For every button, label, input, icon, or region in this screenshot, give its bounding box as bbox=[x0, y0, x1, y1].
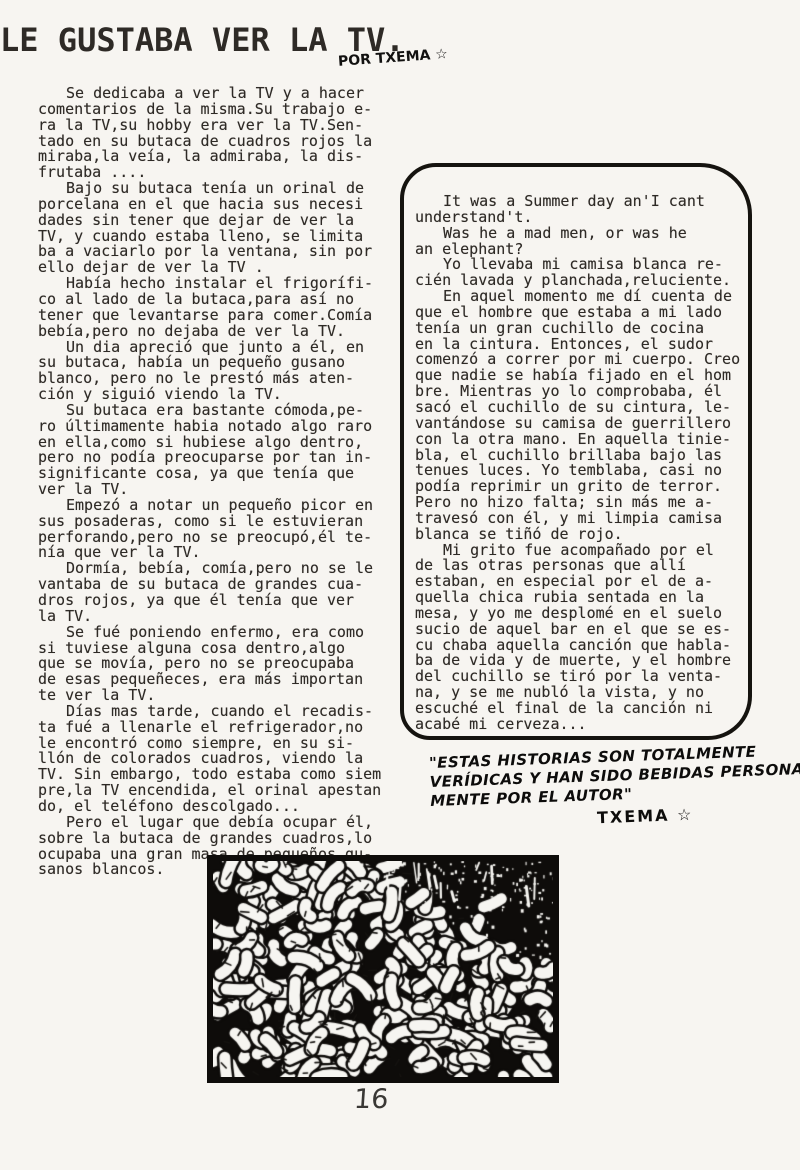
paragraph: Se fué poniendo enfermo, era comosi tuvi… bbox=[38, 625, 400, 704]
paragraph: Mi grito fue acompañado por elde las otr… bbox=[415, 543, 742, 733]
paragraph: Yo llevaba mi camisa blanca re-cién lava… bbox=[415, 257, 742, 289]
paragraph: Había hecho instalar el frigorífi-co al … bbox=[38, 276, 400, 339]
paragraph: En aquel momento me dí cuenta deque el h… bbox=[415, 289, 742, 543]
inset-story-box: It was a Summer day an'I cantunderstand'… bbox=[400, 163, 752, 740]
paragraph: Dormía, bebía, comía,pero no se levantab… bbox=[38, 561, 400, 624]
paragraph: Was he a mad men, or was hean elephant? bbox=[415, 226, 742, 258]
paragraph: Empezó a notar un pequeño picor ensus po… bbox=[38, 498, 400, 561]
zine-page: LE GUSTABA VER LA TV. POR TXEMA ☆ Se ded… bbox=[0, 0, 800, 1170]
text-line: acabé mi cerveza... bbox=[415, 717, 742, 733]
author-signature: TXEMA ☆ bbox=[597, 802, 777, 827]
handwritten-note: "ESTAS HISTORIAS SON TOTALMENTE VERÍDICA… bbox=[429, 742, 777, 833]
paragraph: Días mas tarde, cuando el recadis-ta fué… bbox=[38, 704, 400, 815]
inset-story-text: It was a Summer day an'I cantunderstand'… bbox=[404, 167, 748, 733]
paragraph: Bajo su butaca tenía un orinal deporcela… bbox=[38, 181, 400, 276]
page-number: 16 bbox=[353, 1084, 390, 1115]
worm-art-canvas bbox=[213, 861, 553, 1077]
paragraph: It was a Summer day an'I cantunderstand'… bbox=[415, 194, 742, 226]
story-column: Se dedicaba a ver la TV y a hacercomenta… bbox=[38, 86, 400, 878]
text-line: dros rojos, ya que él tenía que ver bbox=[38, 593, 400, 609]
paragraph: Un dia apreció que junto a él, ensu buta… bbox=[38, 340, 400, 403]
paragraph: Se dedicaba a ver la TV y a hacercomenta… bbox=[38, 86, 400, 181]
paragraph: Su butaca era bastante cómoda,pe-ro últi… bbox=[38, 403, 400, 498]
worm-artwork bbox=[207, 855, 559, 1083]
masthead: LE GUSTABA VER LA TV. POR TXEMA ☆ bbox=[0, 21, 800, 59]
